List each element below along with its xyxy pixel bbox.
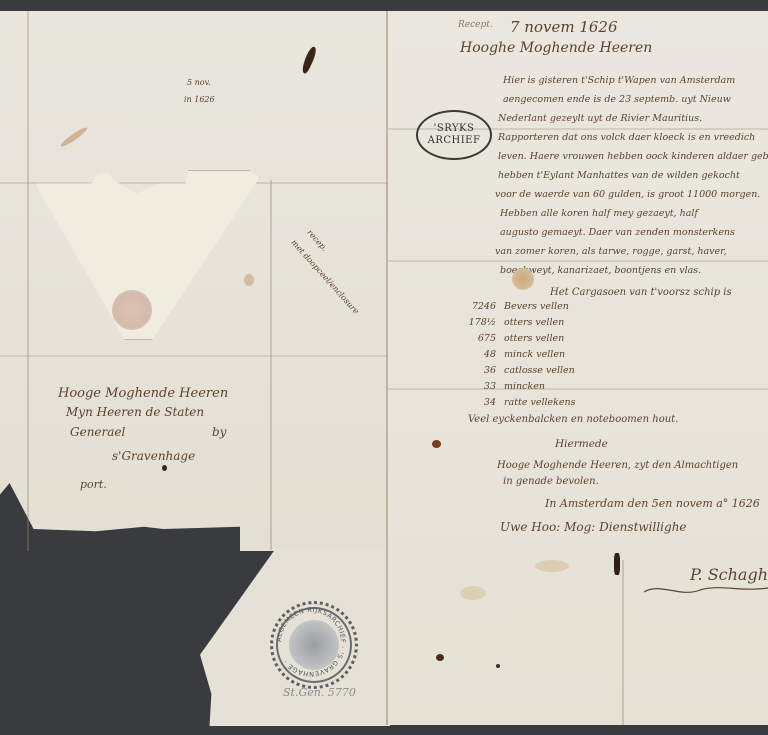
ink-mark [614, 553, 620, 575]
stain [460, 586, 486, 600]
place-date: In Amsterdam den 5en novem a° 1626 [545, 497, 760, 510]
closing-line: in genade bevolen. [503, 476, 599, 487]
cargo-row: 675otters vellen [468, 333, 564, 344]
salutation: Hooghe Moghende Heeren [460, 40, 652, 56]
seal-ring-text: ALGEMEEN RIJKSARCHIEF · 'S GRAVENHAGE · [272, 603, 350, 681]
center-fold [386, 11, 388, 725]
body-line: augusto gemaeyt. Daer van zenden monster… [500, 227, 735, 238]
cargo-row: 34ratte vellekens [468, 397, 576, 408]
left-top-note: in 1626 [184, 95, 215, 104]
cargo-row: 33mincken [468, 381, 545, 392]
body-line: van zomer koren, als tarwe, rogge, garst… [495, 246, 727, 257]
left-top-note: 5 nov. [187, 78, 211, 87]
stamp-line: 'SRYKS [434, 123, 475, 135]
wax-seal-remnant [112, 290, 152, 330]
stain [535, 560, 569, 572]
fold-line [27, 11, 29, 551]
fold-line [388, 388, 768, 390]
recept-note: Recept. [458, 20, 493, 30]
sign-off: Uwe Hoo: Mog: Dienstwillighe [500, 520, 687, 534]
stain [512, 268, 534, 290]
address-line: Hooge Moghende Heeren [58, 386, 228, 401]
address-line: Myn Heeren de Staten [66, 405, 204, 419]
body-line: hebben t'Eylant Manhattes van de wilden … [498, 170, 740, 181]
header-date: 7 novem 1626 [510, 18, 618, 36]
body-line: aengecomen ende is de 23 septemb. uyt Ni… [503, 94, 731, 105]
signature-flourish [640, 580, 768, 600]
closing-line: Hooge Moghende Heeren, zyt den Almachtig… [497, 460, 738, 471]
fold-line [270, 180, 272, 550]
ink-dot [436, 654, 444, 661]
address-line: Generael [70, 425, 125, 439]
address-line: by [212, 425, 226, 439]
body-line: Rapporteren dat ons volck daer kloeck is… [498, 132, 755, 143]
ink-dot [162, 465, 167, 471]
shelfmark: St.Gen. 5770 [283, 686, 356, 699]
address-post: port. [80, 478, 107, 491]
ink-blot [432, 440, 441, 448]
fold-line [622, 560, 624, 725]
body-line: Hier is gisteren t'Schip t'Wapen van Ams… [503, 75, 735, 86]
fold-line [388, 260, 768, 262]
cargo-row: 36catlosse vellen [468, 365, 575, 376]
ink-dot [496, 664, 500, 668]
cargo-row: 178½otters vellen [468, 317, 564, 328]
rijksarchief-stamp: 'SRYKS ARCHIEF [416, 110, 492, 160]
cargo-row: 7246Bevers vellen [468, 301, 569, 312]
cargo-intro: Het Cargasoen van t'voorsz schip is [550, 287, 732, 298]
svg-text:ALGEMEEN RIJKSARCHIEF · 'S GRA: ALGEMEEN RIJKSARCHIEF · 'S GRAVENHAGE · [275, 606, 347, 678]
cargo-closing: Veel eyckenbalcken en noteboomen hout. [468, 414, 678, 425]
body-line: voor de waerde van 60 gulden, is groot 1… [495, 189, 760, 200]
document-scan: 5 nov. in 1626 recep. met doopceel/enclo… [0, 0, 768, 735]
closing-line: Hiermede [555, 438, 608, 450]
body-line: leven. Haere vrouwen hebben oock kindere… [498, 151, 768, 162]
stain [244, 274, 254, 286]
body-line: Hebben alle koren half mey gezaeyt, half [500, 208, 698, 219]
stamp-line: ARCHIEF [428, 135, 481, 147]
fold-line [0, 355, 388, 357]
body-line: Nederlant gezeylt uyt de Rivier Mauritiu… [498, 113, 702, 124]
cargo-row: 48minck vellen [468, 349, 565, 360]
address-line: s'Gravenhage [112, 449, 195, 463]
